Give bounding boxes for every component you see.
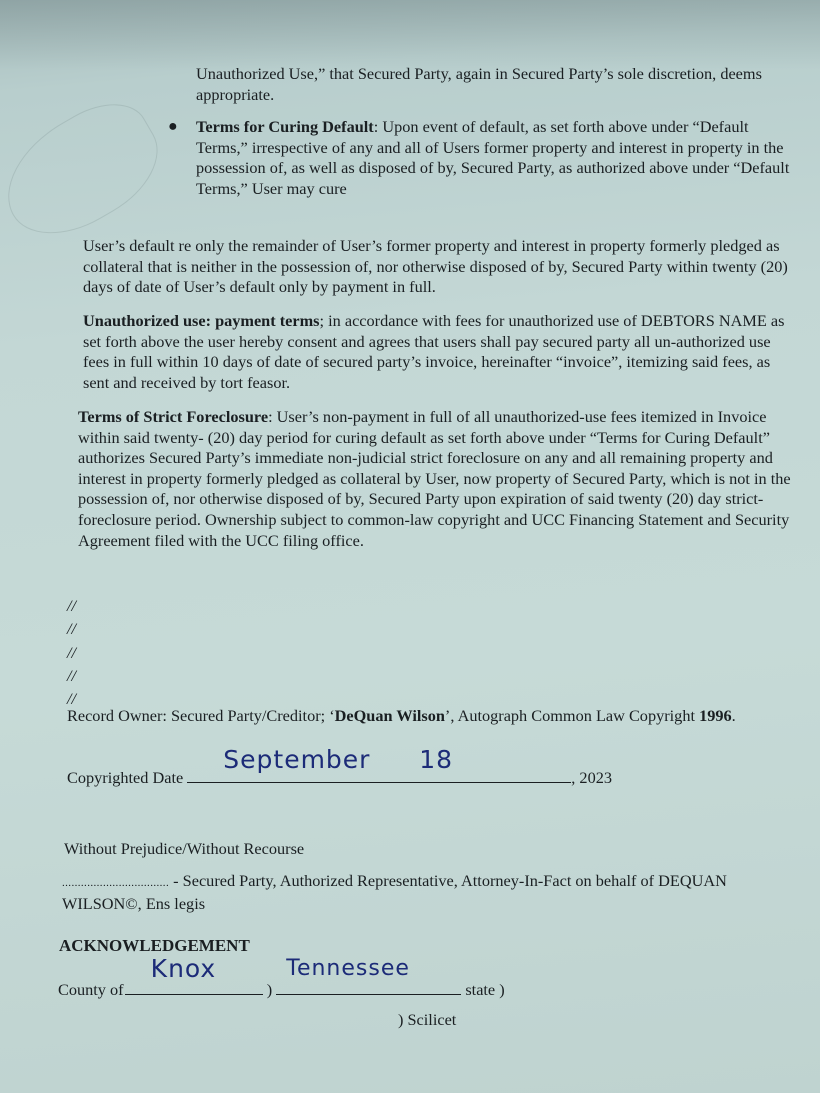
- strict-foreclosure-paragraph: Terms of Strict Foreclosure: User’s non-…: [78, 407, 798, 551]
- record-owner-end: .: [732, 706, 736, 725]
- copyright-date-label: Copyrighted Date: [67, 768, 183, 787]
- handwritten-month: September: [223, 750, 370, 771]
- curing-default-bullet: ● Terms for Curing Default: Upon event o…: [172, 117, 802, 199]
- record-owner: Record Owner: Secured Party/Creditor; ‘D…: [67, 706, 807, 727]
- slash-line: //: [67, 641, 76, 664]
- payment-terms-paragraph: Unauthorized use: payment terms; in acco…: [83, 311, 793, 393]
- county-label: County of: [58, 980, 124, 999]
- record-owner-prefix: Record Owner: Secured Party/Creditor; ‘: [67, 706, 335, 725]
- county-row: County of Knox ) Tennessee state ): [58, 978, 758, 1001]
- state-label: state ): [465, 980, 504, 999]
- county-paren: ): [267, 980, 272, 999]
- signature-dots-field[interactable]: ..................................: [62, 877, 169, 889]
- county-field[interactable]: Knox: [125, 978, 263, 995]
- state-field[interactable]: Tennessee: [276, 978, 461, 995]
- record-owner-year: 1996: [699, 706, 732, 725]
- record-owner-name: DeQuan Wilson: [335, 706, 445, 725]
- photo-shadow: [0, 0, 820, 70]
- strict-foreclosure-text: : User’s non-payment in full of all unau…: [78, 407, 791, 550]
- top-continuation-text: Unauthorized Use,” that Secured Party, a…: [196, 64, 806, 105]
- signature-line: .................................. - Sec…: [62, 871, 802, 914]
- handwritten-county: Knox: [151, 959, 217, 980]
- bullet-body: Terms for Curing Default: Upon event of …: [196, 117, 802, 199]
- slash-line: //: [67, 664, 76, 687]
- slash-line: //: [67, 594, 76, 617]
- without-prejudice: Without Prejudice/Without Recourse: [64, 839, 304, 860]
- bullet-heading: Terms for Curing Default: [196, 117, 374, 136]
- cure-paragraph: User’s default re only the remainder of …: [83, 236, 793, 298]
- handwritten-state: Tennessee: [286, 959, 410, 980]
- payment-terms-heading: Unauthorized use: payment terms: [83, 311, 320, 330]
- handwritten-day: 18: [419, 750, 453, 771]
- slash-line: //: [67, 617, 76, 640]
- slash-separators: // // // // //: [67, 594, 76, 710]
- bullet-icon: ●: [168, 117, 178, 138]
- record-owner-suffix: ’, Autograph Common Law Copyright: [445, 706, 699, 725]
- copyright-year: , 2023: [571, 768, 612, 787]
- strict-foreclosure-heading: Terms of Strict Foreclosure: [78, 407, 268, 426]
- scilicet: ) Scilicet: [398, 1010, 456, 1031]
- copyright-date-field[interactable]: September 18: [187, 766, 571, 783]
- copyright-date-row: Copyrighted Date September 18 , 2023: [67, 766, 807, 789]
- bleed-through-signature: [0, 86, 177, 255]
